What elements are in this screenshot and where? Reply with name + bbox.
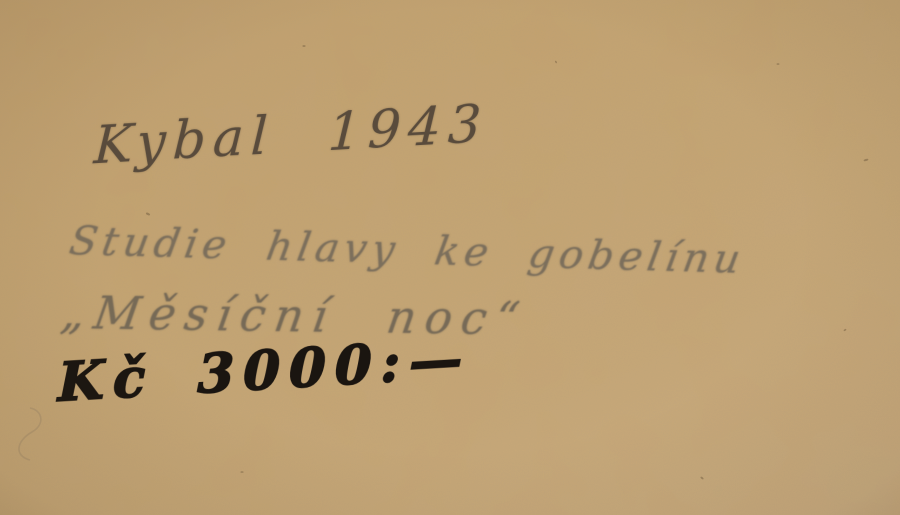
kraft-paper-photo: Kybal 1943 Studie hlavy ke gobelínu „Měs… [0,0,900,515]
inscription-price: Kč 3000:— [58,327,472,414]
inscription-artist-year: Kybal 1943 [93,94,490,176]
handwritten-inscription: Kybal 1943 Studie hlavy ke gobelínu „Měs… [0,0,900,515]
inscription-title-line-1: Studie hlavy ke gobelínu [66,218,749,283]
